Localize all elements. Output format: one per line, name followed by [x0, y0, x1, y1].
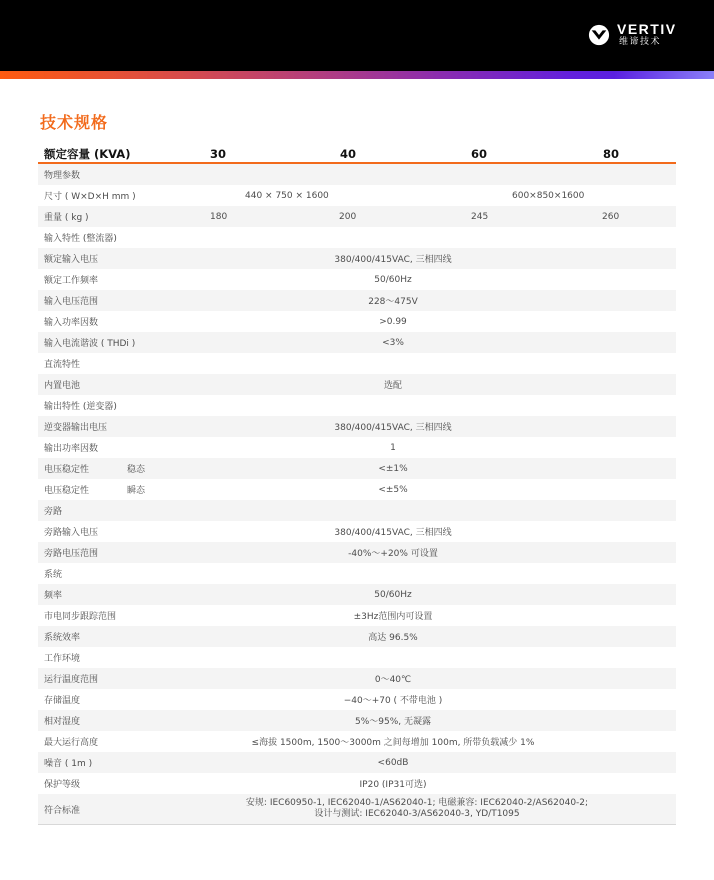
standards-line-1: 安规: IEC60950-1, IEC62040-1/AS62040-1; 电磁… [178, 798, 656, 809]
table-header-row: 额定容量 (KVA) 30 40 60 80 [38, 145, 676, 164]
row-label: 保护等级 [44, 777, 80, 790]
row-label: 相对湿度 [44, 714, 80, 727]
table-row: 输出功率因数 1 [38, 437, 676, 458]
row-value: <±1% [210, 464, 676, 474]
row-value: IP20 (IP31可选) [210, 777, 676, 790]
table-row: 输入功率因数 >0.99 [38, 311, 676, 332]
row-label: 旁路输入电压 [44, 525, 98, 538]
row-value: ±3Hz范围内可设置 [210, 609, 676, 622]
row-value: -40%～+20% 可设置 [210, 546, 676, 559]
row-label: 系统效率 [44, 630, 80, 643]
row-label: 物理参数 [44, 168, 80, 181]
header-bar: VERTIV 维谛技术 [0, 0, 714, 71]
row-label: 电压稳定性 [44, 462, 89, 475]
table-row: 旁路输入电压 380/400/415VAC, 三相四线 [38, 521, 676, 542]
table-row: 旁路电压范围 -40%～+20% 可设置 [38, 542, 676, 563]
table-row: 输入电流谐波 ( THDi ) <3% [38, 332, 676, 353]
column-header-60: 60 [471, 147, 487, 161]
row-label: 运行温度范围 [44, 672, 98, 685]
row-value: 380/400/415VAC, 三相四线 [210, 252, 676, 265]
spec-table: 额定容量 (KVA) 30 40 60 80 物理参数 尺寸 ( W×D×H m… [38, 145, 676, 825]
section-row-physical: 物理参数 [38, 164, 676, 185]
brand-name-cn: 维谛技术 [619, 37, 661, 48]
row-value: −40～+70 ( 不带电池 ) [210, 693, 676, 706]
table-row: 输入电压范围 228～475V [38, 290, 676, 311]
row-label: 逆变器输出电压 [44, 420, 107, 433]
row-label: 旁路电压范围 [44, 546, 98, 559]
table-row: 频率 50/60Hz [38, 584, 676, 605]
table-row-weight: 重量 ( kg ) 180 200 245 260 [38, 206, 676, 227]
row-label: 尺寸 ( W×D×H mm ) [44, 189, 136, 202]
row-value: 50/60Hz [210, 590, 676, 600]
row-value: 380/400/415VAC, 三相四线 [210, 525, 676, 538]
row-label: 噪音 ( 1m ) [44, 756, 92, 769]
table-row: 额定输入电压 380/400/415VAC, 三相四线 [38, 248, 676, 269]
row-label: 额定输入电压 [44, 252, 98, 265]
row-label: 存储温度 [44, 693, 80, 706]
row-value: 5%～95%, 无凝露 [210, 714, 676, 727]
column-header-40: 40 [340, 147, 356, 161]
weight-30: 180 [210, 212, 227, 222]
row-value: 380/400/415VAC, 三相四线 [210, 420, 676, 433]
section-row-dc: 直流特性 [38, 353, 676, 374]
table-row: 存储温度 −40～+70 ( 不带电池 ) [38, 689, 676, 710]
row-value: <60dB [210, 758, 676, 768]
table-row-standards: 符合标准 安规: IEC60950-1, IEC62040-1/AS62040-… [38, 794, 676, 825]
table-row: 系统效率 高达 96.5% [38, 626, 676, 647]
weight-60: 245 [471, 212, 488, 222]
dimensions-30-40: 440 × 750 × 1600 [245, 191, 329, 201]
section-row-environment: 工作环境 [38, 647, 676, 668]
row-value: 安规: IEC60950-1, IEC62040-1/AS62040-1; 电磁… [178, 798, 656, 820]
page-title: 技术规格 [40, 110, 108, 133]
table-row: 噪音 ( 1m ) <60dB [38, 752, 676, 773]
section-row-bypass: 旁路 [38, 500, 676, 521]
row-value: 228～475V [210, 294, 676, 307]
weight-80: 260 [602, 212, 619, 222]
table-row: 电压稳定性 瞬态 <±5% [38, 479, 676, 500]
table-row: 逆变器输出电压 380/400/415VAC, 三相四线 [38, 416, 676, 437]
row-value: 0～40℃ [210, 672, 676, 685]
row-value: 选配 [210, 378, 676, 391]
table-row: 保护等级 IP20 (IP31可选) [38, 773, 676, 794]
row-label: 直流特性 [44, 357, 80, 370]
row-label: 符合标准 [44, 803, 80, 816]
row-value: 高达 96.5% [210, 630, 676, 643]
row-label: 输入功率因数 [44, 315, 98, 328]
section-row-output: 输出特性 (逆变器) [38, 395, 676, 416]
table-row: 相对湿度 5%～95%, 无凝露 [38, 710, 676, 731]
column-header-80: 80 [603, 147, 619, 161]
row-label: 输入特性 (整流器) [44, 231, 117, 244]
column-header-30: 30 [210, 147, 226, 161]
vertiv-v-logo-icon [588, 24, 610, 46]
row-label: 系统 [44, 567, 62, 580]
row-label: 频率 [44, 588, 62, 601]
capacity-header-label: 额定容量 (KVA) [38, 146, 210, 162]
table-row: 内置电池 选配 [38, 374, 676, 395]
row-label: 电压稳定性 [44, 483, 89, 496]
section-row-input: 输入特性 (整流器) [38, 227, 676, 248]
row-label: 最大运行高度 [44, 735, 98, 748]
table-row: 最大运行高度 ≤海拔 1500m, 1500～3000m 之间每增加 100m,… [38, 731, 676, 752]
row-label: 输出特性 (逆变器) [44, 399, 117, 412]
row-label: 输入电压范围 [44, 294, 98, 307]
row-value: <3% [210, 338, 676, 348]
row-value: <±5% [210, 485, 676, 495]
vertiv-logo: VERTIV 维谛技术 [588, 20, 677, 50]
row-label: 市电同步跟踪范围 [44, 609, 116, 622]
row-value: ≤海拔 1500m, 1500～3000m 之间每增加 100m, 所带负载减少… [210, 735, 676, 748]
row-label: 内置电池 [44, 378, 80, 391]
weight-40: 200 [339, 212, 356, 222]
table-row: 市电同步跟踪范围 ±3Hz范围内可设置 [38, 605, 676, 626]
row-label: 输入电流谐波 ( THDi ) [44, 336, 135, 349]
row-label: 旁路 [44, 504, 62, 517]
table-row-dimensions: 尺寸 ( W×D×H mm ) 440 × 750 × 1600 600×850… [38, 185, 676, 206]
standards-line-2: 设计与测试: IEC62040-3/AS62040-3, YD/T1095 [178, 809, 656, 820]
row-value: 1 [210, 443, 676, 453]
row-value: 50/60Hz [210, 275, 676, 285]
row-sublabel: 瞬态 [127, 483, 145, 496]
row-label: 重量 ( kg ) [44, 210, 89, 223]
table-row: 运行温度范围 0～40℃ [38, 668, 676, 689]
brand-name: VERTIV [617, 22, 677, 37]
section-row-system: 系统 [38, 563, 676, 584]
row-label: 额定工作频率 [44, 273, 98, 286]
table-row: 额定工作频率 50/60Hz [38, 269, 676, 290]
row-value: >0.99 [210, 317, 676, 327]
brand-gradient-bar [0, 71, 714, 79]
row-sublabel: 稳态 [127, 462, 145, 475]
row-label: 工作环境 [44, 651, 80, 664]
table-row: 电压稳定性 稳态 <±1% [38, 458, 676, 479]
row-label: 输出功率因数 [44, 441, 98, 454]
dimensions-60-80: 600×850×1600 [512, 191, 584, 201]
